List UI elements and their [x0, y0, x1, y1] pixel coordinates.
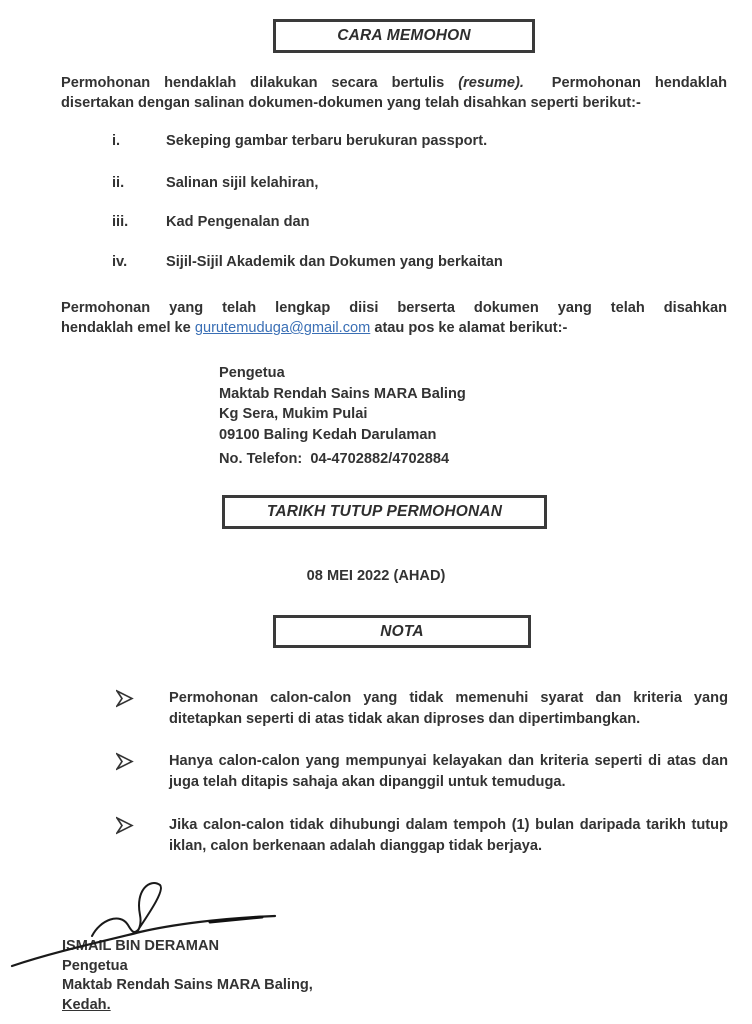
- item-number: iv.: [112, 254, 152, 270]
- closing-date: 08 MEI 2022 (AHAD): [0, 568, 752, 584]
- note-text: Hanya calon-calon yang mempunyai kelayak…: [169, 751, 728, 793]
- address-line: Pengetua: [219, 363, 466, 384]
- intro-line-1: Permohonan hendaklah dilakukan secara be…: [61, 73, 727, 93]
- item-text: Salinan sijil kelahiran,: [166, 175, 319, 191]
- submission-line-2: hendaklah emel ke gurutemuduga@gmail.com…: [61, 318, 727, 338]
- arrow-bullet-icon: [116, 688, 134, 709]
- intro-line-2: disertakan dengan salinan dokumen-dokume…: [61, 93, 727, 113]
- intro-text: Permohonan hendaklah dilakukan secara be…: [61, 75, 458, 91]
- note-text: Permohonan calon-calon yang tidak memenu…: [169, 688, 728, 730]
- submission-line-1: Permohonan yang telah lengkap diisi bers…: [61, 298, 727, 318]
- note-text: Jika calon-calon tidak dihubungi dalam t…: [169, 815, 728, 857]
- submission-paragraph: Permohonan yang telah lengkap diisi bers…: [61, 298, 727, 338]
- closing-date-heading: TARIKH TUTUP PERMOHONAN: [222, 495, 547, 529]
- resume-emphasis: (resume).: [458, 75, 524, 91]
- note-item: Hanya calon-calon yang mempunyai kelayak…: [116, 751, 728, 793]
- mailing-address: Pengetua Maktab Rendah Sains MARA Baling…: [219, 363, 466, 470]
- intro-text-cont: Permohonan hendaklah: [524, 75, 727, 91]
- item-number: i.: [112, 133, 152, 149]
- address-line: 09100 Baling Kedah Darulaman: [219, 425, 466, 446]
- arrow-bullet-icon: [116, 751, 134, 772]
- address-line: Kg Sera, Mukim Pulai: [219, 404, 466, 425]
- nota-heading: NOTA: [273, 615, 531, 648]
- address-line: Maktab Rendah Sains MARA Baling: [219, 384, 466, 405]
- signatory-state: Kedah.: [62, 996, 313, 1016]
- note-item: Jika calon-calon tidak dihubungi dalam t…: [116, 815, 728, 857]
- item-text: Sekeping gambar terbaru berukuran passpo…: [166, 133, 487, 149]
- item-number: iii.: [112, 214, 152, 230]
- submission-suffix: atau pos ke alamat berikut:-: [370, 320, 567, 336]
- arrow-bullet-icon: [116, 815, 134, 836]
- item-text: Sijil-Sijil Akademik dan Dokumen yang be…: [166, 254, 503, 270]
- note-item: Permohonan calon-calon yang tidak memenu…: [116, 688, 728, 730]
- item-text: Kad Pengenalan dan: [166, 214, 310, 230]
- handwritten-signature-icon: [0, 870, 290, 980]
- cara-memohon-heading: CARA MEMOHON: [273, 19, 535, 53]
- item-number: ii.: [112, 175, 152, 191]
- intro-paragraph: Permohonan hendaklah dilakukan secara be…: [61, 73, 727, 113]
- submission-prefix: hendaklah emel ke: [61, 320, 195, 336]
- phone-number: No. Telefon: 04-4702882/4702884: [219, 449, 466, 470]
- email-link[interactable]: gurutemuduga@gmail.com: [195, 320, 370, 336]
